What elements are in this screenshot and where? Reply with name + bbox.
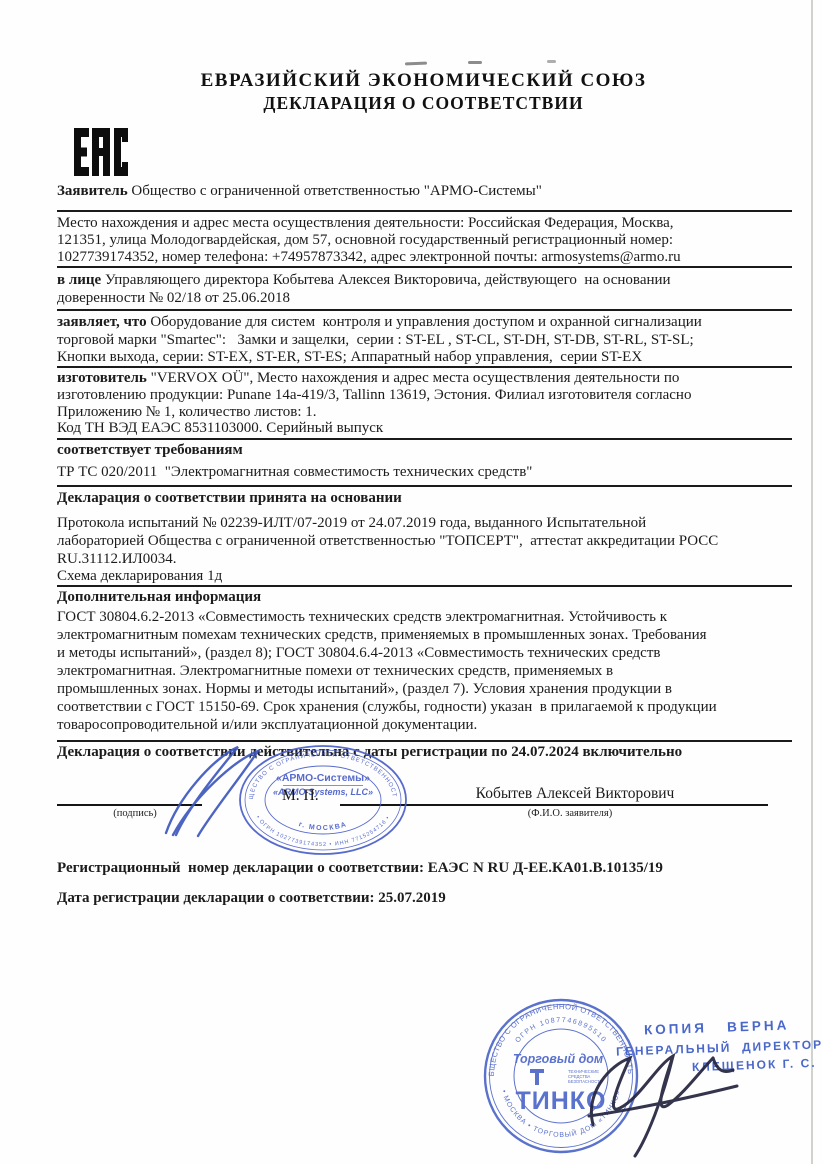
address-paragraph: Место нахождения и адрес места осуществл… [57,215,681,266]
divider [57,585,792,587]
meets-heading: соответствует требованиям [57,442,243,459]
declaration-document: ЕВРАЗИЙСКИЙ ЭКОНОМИЧЕСКИЙ СОЮЗ ДЕКЛАРАЦИ… [0,0,823,1164]
divider [57,438,792,440]
stamp-place-mark: М. П. [282,787,319,805]
svg-text:г. МОСКВА: г. МОСКВА [298,821,348,832]
divider [57,266,792,268]
manufacturer-paragraph: изготовитель "VERVOX OÜ", Место нахожден… [57,370,691,421]
additional-info-paragraph: ГОСТ 30804.6.2-2013 «Совместимость техни… [57,608,717,734]
representative-value: Управляющего директора Кобытева Алексея … [57,272,671,306]
divider [57,485,792,487]
technical-regulation-line: ТР ТС 020/2011 "Электромагнитная совмест… [57,464,532,482]
product-paragraph: заявляет, что Оборудование для систем ко… [57,314,702,367]
registration-date-line: Дата регистрации декларации о соответств… [57,890,446,907]
applicant-name: Кобытев Алексей Викторович [430,785,720,803]
director-signature [575,1030,755,1160]
tinko-logo-t-mark [530,1069,544,1085]
scan-smudge [468,61,482,64]
representative-paragraph: в лице Управляющего директора Кобытева А… [57,271,671,307]
applicant-label: Заявитель [57,183,128,199]
registration-number-line: Регистрационный номер декларации о соотв… [57,860,663,877]
manufacturer-label: изготовитель [57,370,147,386]
divider [57,366,792,368]
applicant-signature [158,743,283,838]
additional-info-heading: Дополнительная информация [57,589,261,606]
union-title: ЕВРАЗИЙСКИЙ ЭКОНОМИЧЕСКИЙ СОЮЗ [57,70,790,92]
basis-heading: Декларация о соответствии принята на осн… [57,490,402,507]
applicant-line: Заявитель Общество с ограниченной ответс… [57,183,542,201]
applicant-value: Общество с ограниченной ответственностью… [128,183,542,199]
tnved-code-line: Код ТН ВЭД ЕАЭС 8531103000. Серийный вып… [57,420,383,438]
divider [57,309,792,311]
armo-stamp-name-ru: «АРМО-Системы» [276,772,370,784]
scan-smudge [547,60,556,63]
eac-logo-icon [74,128,128,176]
scan-edge-line [811,0,813,1164]
representative-label: в лице [57,272,101,288]
product-value: Оборудование для систем контроля и управ… [57,314,702,365]
divider [57,740,792,742]
basis-paragraph: Протокола испытаний № 02239-ИЛТ/07-2019 … [57,514,718,568]
document-title: ДЕКЛАРАЦИЯ О СООТВЕТСТВИИ [57,93,790,114]
divider [57,210,792,212]
scan-smudge [405,62,427,66]
declares-label: заявляет, что [57,314,147,330]
armo-stamp-city: г. МОСКВА [298,821,348,832]
applicant-name-note: (Ф.И.О. заявителя) [470,808,670,819]
declaration-scheme-line: Схема декларирования 1д [57,568,222,586]
manufacturer-value: "VERVOX OÜ", Место нахождения и адрес ме… [57,370,691,420]
